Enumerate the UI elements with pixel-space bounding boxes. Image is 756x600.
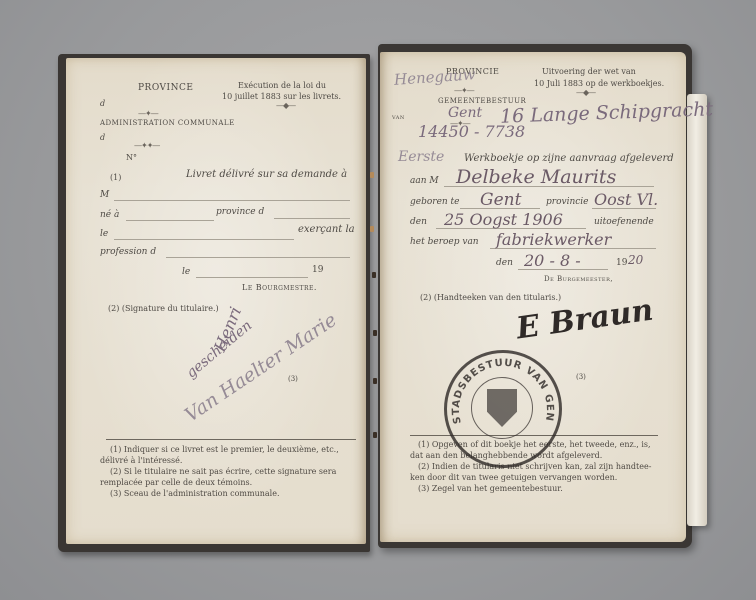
binding-thread [373,378,377,384]
field-beroep-label: het beroep van [410,238,479,247]
field-year-prefix: 19 [616,259,627,268]
handwritten-issue-year: 20 [628,254,643,266]
field-date-label: le [182,268,190,277]
footnote-line: remplacée par celle de deux témoins. [100,477,252,488]
mayor-title: De Burgemeester, [544,276,613,283]
svg-text:STADSBESTUUR VAN GENT: STADSBESTUUR VAN GENT [447,353,555,425]
field-profession-label: profession d [100,248,156,257]
rolled-paper-insert [687,94,707,526]
field-exercant-label: exerçant la [298,225,355,235]
binding-thread [372,272,376,278]
field-year-prefix: 19 [312,266,323,275]
stamp-text: STADSBESTUUR VAN GENT [447,353,555,425]
law-reference-line-1: Exécution de la loi du [238,82,326,90]
administration-heading: ADMINISTRATION COMMUNALE [100,120,235,127]
handwritten-occupation: fabriekwerker [496,232,611,248]
handwritten-issue-date: 20 - 8 - [524,253,581,269]
field-den-label: den [410,218,427,227]
handwritten-birthplace: Gent [480,192,521,209]
field-province-label: province d [216,208,264,217]
province-heading: PROVINCE [138,84,193,93]
open-workbook: PROVINCE Exécution de la loi du 10 juill… [0,0,756,600]
field-geboren-label: geboren te [410,198,460,207]
footnote-line: (2) Si le titulaire ne sait pas écrire, … [110,466,336,477]
law-reference-line-2: 10 juillet 1883 sur les livrets. [222,93,341,101]
left-page-french: PROVINCE Exécution de la loi du 10 juill… [66,58,366,544]
municipal-seal-stamp: STADSBESTUUR VAN GENT [444,350,562,468]
right-page-dutch: PROVINCIE Uitvoering der wet van 10 Juli… [380,52,686,542]
law-reference-line-1: Uitvoering der wet van [542,68,636,76]
field-le-line [114,239,294,240]
handwritten-municipality: Gent [448,106,482,120]
d-label: d [100,100,105,108]
handwritten-reference-number: 14450 - 7738 [418,124,525,140]
field-province-line [274,218,350,219]
seal-ref: (3) [576,374,586,381]
ornament: —✦— [454,86,474,95]
handwritten-margin-note: Eerste [398,150,444,164]
stamp-ring-text: STADSBESTUUR VAN GENT [447,353,559,465]
ornament: —✦✦— [134,141,159,150]
handwritten-holder-name: Delbeke Maurits [456,168,616,187]
ornament: —✦— [138,109,158,118]
field-m-label: M [100,191,109,200]
field-le-label: le [100,230,108,239]
field-aan-m-label: aan M [410,177,439,186]
footnote-line: (3) Zegel van het gemeentebestuur. [418,483,563,494]
footnote-ref: (1) [110,174,121,182]
law-reference-line-2: 10 Juli 1883 op de werkboekjes. [534,80,664,88]
mayor-title: Le Bourgmestre. [242,284,317,292]
handwritten-birth-date: 25 Oogst 1906 [444,212,563,228]
issued-statement: Livret délivré sur sa demande à [186,170,347,180]
number-label: N° [126,154,137,162]
binding-thread [370,226,374,232]
field-date-line [196,277,308,278]
holder-signature-label: (2) (Signature du titulaire.) [108,305,219,313]
ornament: —◆— [576,88,595,97]
field-born-label: né à [100,211,119,220]
van-label: van [392,114,405,121]
seal-ref: (3) [288,376,298,383]
field-date-den-label: den [496,259,513,268]
handwritten-address: 16 Lange Schipgracht [500,100,714,126]
field-born-line [126,220,214,221]
footnote-line: ken door dit van twee getuigen vervangen… [410,472,617,483]
field-provincie-label: provincie [546,198,589,207]
field-m-line [114,200,350,201]
handwritten-birth-province: Oost Vl. [594,192,658,208]
d-label: d [100,134,105,142]
footnote-divider [106,439,356,440]
gemeentebestuur-heading: GEMEENTEBESTUUR [438,98,526,105]
binding-thread [370,172,374,178]
footnote-line: délivré à l'intéressé. [100,455,182,466]
issued-statement: Werkboekje op zijne aanvraag afgeleverd [464,154,674,164]
binding-thread [373,432,377,438]
field-uitoefenende-label: uitoefenende [594,218,654,227]
holder-signature-label: (2) (Handteeken van den titularis.) [420,294,561,302]
footnote-line: (3) Sceau de l'administration communale. [110,488,280,499]
field-profession-line [166,257,350,258]
footnote-line: (1) Indiquer si ce livret est le premier… [110,444,339,455]
handwritten-province: Henegauw [394,67,476,88]
ornament: —◆— [276,101,295,110]
binding-thread [373,330,377,336]
